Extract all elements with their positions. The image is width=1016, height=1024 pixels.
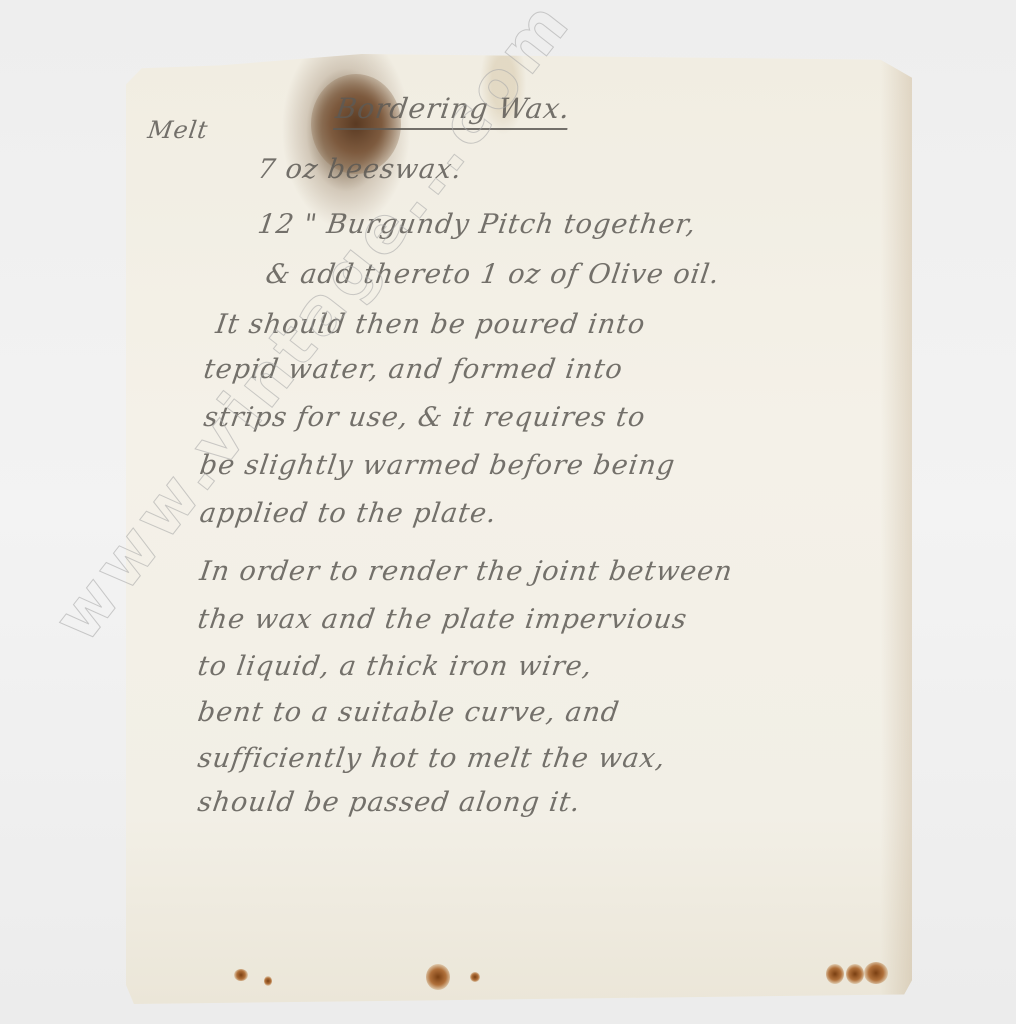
rust-stain [864,962,888,984]
text-line: sufficiently hot to melt the wax, [196,743,668,774]
text-line: to liquid, a thick iron wire, [196,651,595,682]
rust-stain [826,964,844,984]
text-line: 12 " Burgundy Pitch together, [256,209,698,240]
text-line: be slightly warmed before being [198,450,677,481]
text-line: bent to a suitable curve, and [196,697,622,728]
rust-stain [234,969,248,981]
text-line: applied to the plate. [198,498,499,529]
rust-stain [470,972,480,982]
rust-stain [264,976,272,986]
rust-stain [846,964,864,984]
text-line: should be passed along it. [196,787,583,818]
text-line: In order to render the joint between [198,556,735,587]
text-line: the wax and the plate impervious [196,604,690,635]
rust-stain [426,964,450,990]
margin-note: Melt [146,116,210,144]
manuscript-page: Melt Bordering Wax. 7 oz beeswax. 12 " B… [126,54,912,1004]
